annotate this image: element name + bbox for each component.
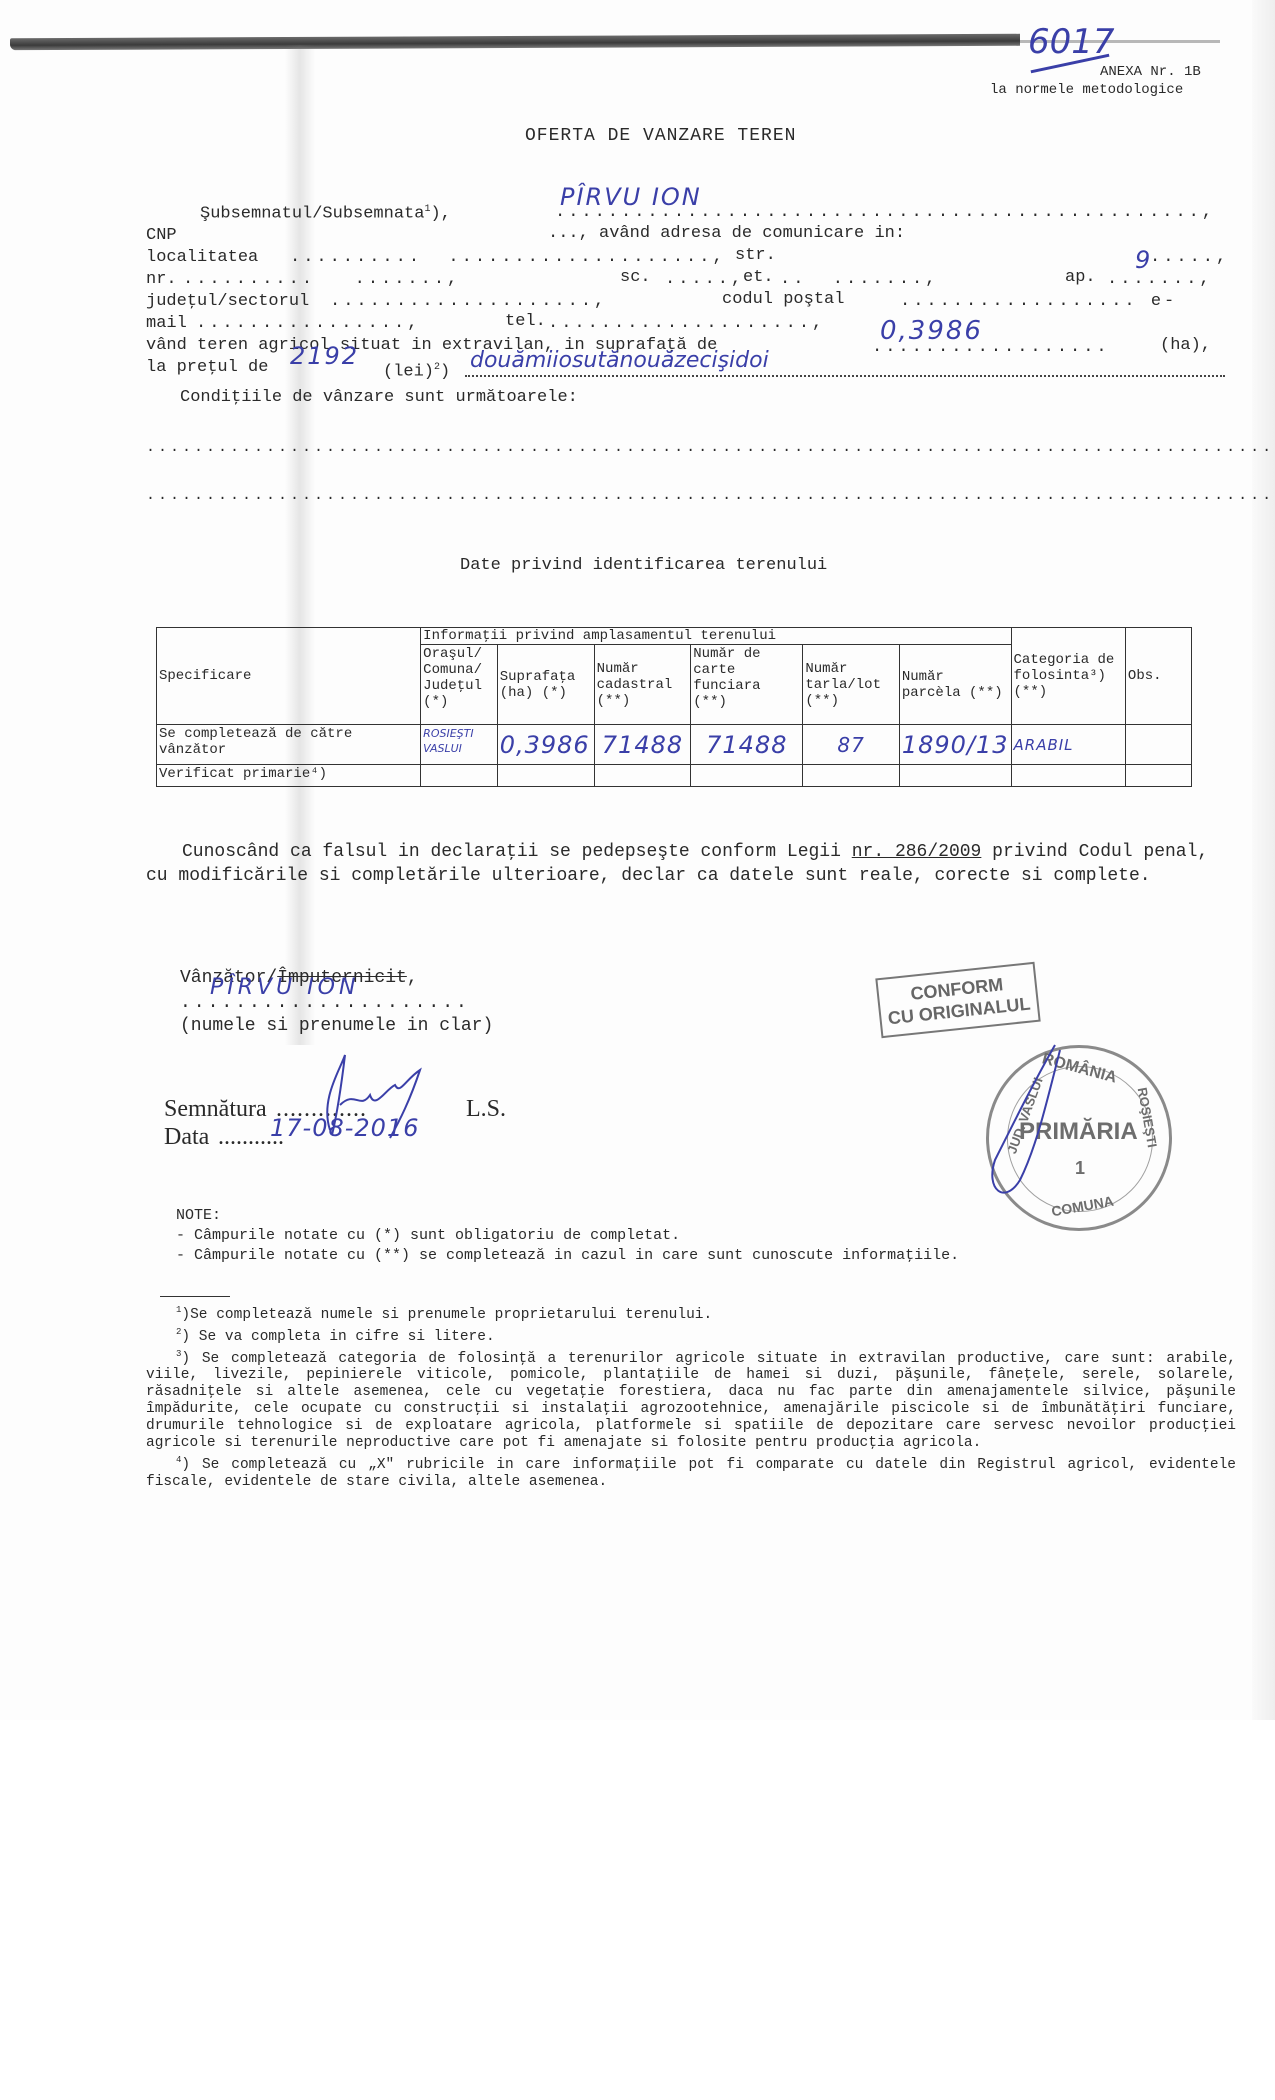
footnote-1: 1)Se completează numele si prenumele pro… [176, 1302, 1236, 1324]
footnote-3: 3) Se completează categoria de folosinţă… [146, 1346, 1236, 1453]
cell-parcela[interactable]: 1890/13 [899, 725, 1011, 765]
ap-dots: ......., [1107, 270, 1213, 290]
footnote-2: 2) Se va completa in cifre si litere. [176, 1324, 1236, 1346]
pret-label: la preţul de [146, 358, 268, 378]
table-row: Se completează de către vânzător ROSIEŞT… [157, 725, 1192, 765]
nr-field[interactable]: .......... ......., [183, 270, 460, 290]
localitatea-field[interactable]: .......... ...................., [290, 248, 726, 268]
seal-signature-loop [985, 1040, 1095, 1210]
header-suprafata: Suprafaţa (ha) (*) [497, 645, 594, 725]
judetul-field[interactable]: ...................., [330, 292, 607, 312]
codul-postal-label: codul poştal [722, 290, 844, 310]
cell-tarla[interactable]: 87 [803, 725, 899, 765]
annex-number: ANEXA Nr. 1B [1100, 62, 1201, 82]
header-obs: Obs. [1125, 628, 1191, 725]
tel-field[interactable]: ...................., [548, 314, 825, 334]
ap-field[interactable]: 9 [1135, 246, 1152, 274]
page-title: OFERTA DE VANZARE TEREN [525, 126, 796, 146]
cell-specificare: Se completează de către vânzător [157, 725, 421, 765]
judetul-label: judeţul/sectorul [146, 292, 309, 312]
header-specificare: Specificare [157, 628, 421, 725]
ls-label: L.S. [466, 1096, 506, 1123]
codul-postal-field[interactable]: .................. e- [900, 292, 1177, 312]
et-label: et. [743, 268, 774, 288]
declaration-text: Cunoscând ca falsul in declaraţii se ped… [146, 840, 1216, 888]
notes-heading: NOTE: [176, 1206, 221, 1225]
localitatea-label: localitatea [146, 248, 258, 268]
pret-field[interactable]: 2192 [290, 342, 359, 370]
header-tarla: Număr tarla/lot (**) [803, 645, 899, 725]
str-label: str. [735, 246, 776, 266]
name-hint: (numele si prenumele in clar) [180, 1016, 493, 1036]
cell-suprafata[interactable]: 0,3986 [497, 725, 594, 765]
tel-label: tel. [505, 312, 546, 332]
cell-parcela[interactable] [899, 765, 1011, 787]
cell-carte-funciara[interactable]: 71488 [691, 725, 803, 765]
section-title: Date privind identificarea terenului [460, 556, 827, 576]
semnatura-label: Semnătura [164, 1096, 267, 1123]
suprafata-unit: (ha), [1160, 336, 1211, 356]
footnote-separator [160, 1296, 230, 1297]
cell-oras[interactable]: ROSIEŞTI VASLUI [421, 725, 498, 765]
header-oras: Oraşul/ Comuna/ Judeţul (*) [421, 645, 498, 725]
conditii-label: Condiţiile de vânzare sunt următoarele: [180, 388, 578, 408]
cell-carte-funciara[interactable] [691, 765, 803, 787]
law-reference: nr. 286/2009 [852, 842, 982, 862]
cell-obs[interactable] [1125, 765, 1191, 787]
header-carte-funciara: Număr de carte funciara (**) [691, 645, 803, 725]
sc-label: sc. [620, 268, 651, 288]
cell-obs[interactable] [1125, 725, 1191, 765]
header-group: Informaţii privind amplasamentul terenul… [421, 628, 1011, 645]
pret-words-line [465, 375, 1225, 377]
scan-artifact-streak [285, 45, 315, 1045]
note-item: - Câmpurile notate cu (*) sunt obligator… [176, 1226, 680, 1245]
cnp-label: CNP [146, 226, 177, 246]
header-categoria: Categoria de folosinta³) (**) [1011, 628, 1125, 725]
scanned-page: 6017 ANEXA Nr. 1B la normele metodologic… [0, 0, 1275, 1720]
conditii-line-2[interactable]: ........................................… [146, 486, 1275, 506]
scan-artifact-edge [1252, 0, 1275, 1720]
annex-subtitle: la normele metodologice [990, 80, 1183, 100]
address-label: ..., având adresa de comunicare in: [548, 224, 905, 244]
sc-field[interactable]: ....., [665, 270, 744, 290]
scan-artifact-bar [10, 34, 1020, 50]
header-parcela: Număr parcèla (**) [899, 645, 1011, 725]
header-cadastral: Număr cadastral (**) [594, 645, 691, 725]
pret-unit: (lei)2) [383, 358, 450, 383]
seller-name-field[interactable]: PÎRVU ION [560, 183, 702, 211]
ap-label: ap. [1065, 268, 1096, 288]
cell-categoria[interactable] [1011, 765, 1125, 787]
note-item: - Câmpurile notate cu (**) se completeaz… [176, 1246, 959, 1265]
cell-suprafata[interactable] [497, 765, 594, 787]
email-label: mail [146, 314, 187, 334]
cell-oras[interactable] [421, 765, 498, 787]
subsemnatul-label: Şubsemnatul/Subsemnata1), [200, 200, 451, 225]
nr-label: nr. [146, 270, 177, 290]
land-identification-table: Specificare Informaţii privind amplasame… [156, 627, 1192, 787]
cell-tarla[interactable] [803, 765, 899, 787]
pret-words-field[interactable]: douămiiosutănouăzecişidoi [470, 348, 769, 373]
seller-name-clear[interactable]: PÎRVU ION [210, 975, 359, 1000]
footnotes: 1)Se completează numele si prenumele pro… [176, 1302, 1236, 1491]
cell-cadastral[interactable] [594, 765, 691, 787]
email-field[interactable]: ................, [196, 314, 420, 334]
et-field[interactable]: .. ......., [780, 270, 938, 290]
conform-stamp: CONFORM CU ORIGINALUL [875, 962, 1040, 1038]
str-field[interactable]: ....., [1150, 248, 1229, 268]
cell-categoria[interactable]: ARABIL [1011, 725, 1125, 765]
cell-specificare: Verificat primarie⁴) [157, 765, 421, 787]
date-field[interactable]: 17-08-2016 [270, 1114, 419, 1142]
suprafata-field[interactable]: 0,3986 [880, 316, 983, 346]
data-label: Data [164, 1124, 209, 1151]
table-row: Verificat primarie⁴) [157, 765, 1192, 787]
conditii-line-1[interactable]: ........................................… [146, 438, 1275, 458]
footnote-4: 4) Se completează cu „X" rubricile in ca… [146, 1452, 1236, 1491]
cell-cadastral[interactable]: 71488 [594, 725, 691, 765]
